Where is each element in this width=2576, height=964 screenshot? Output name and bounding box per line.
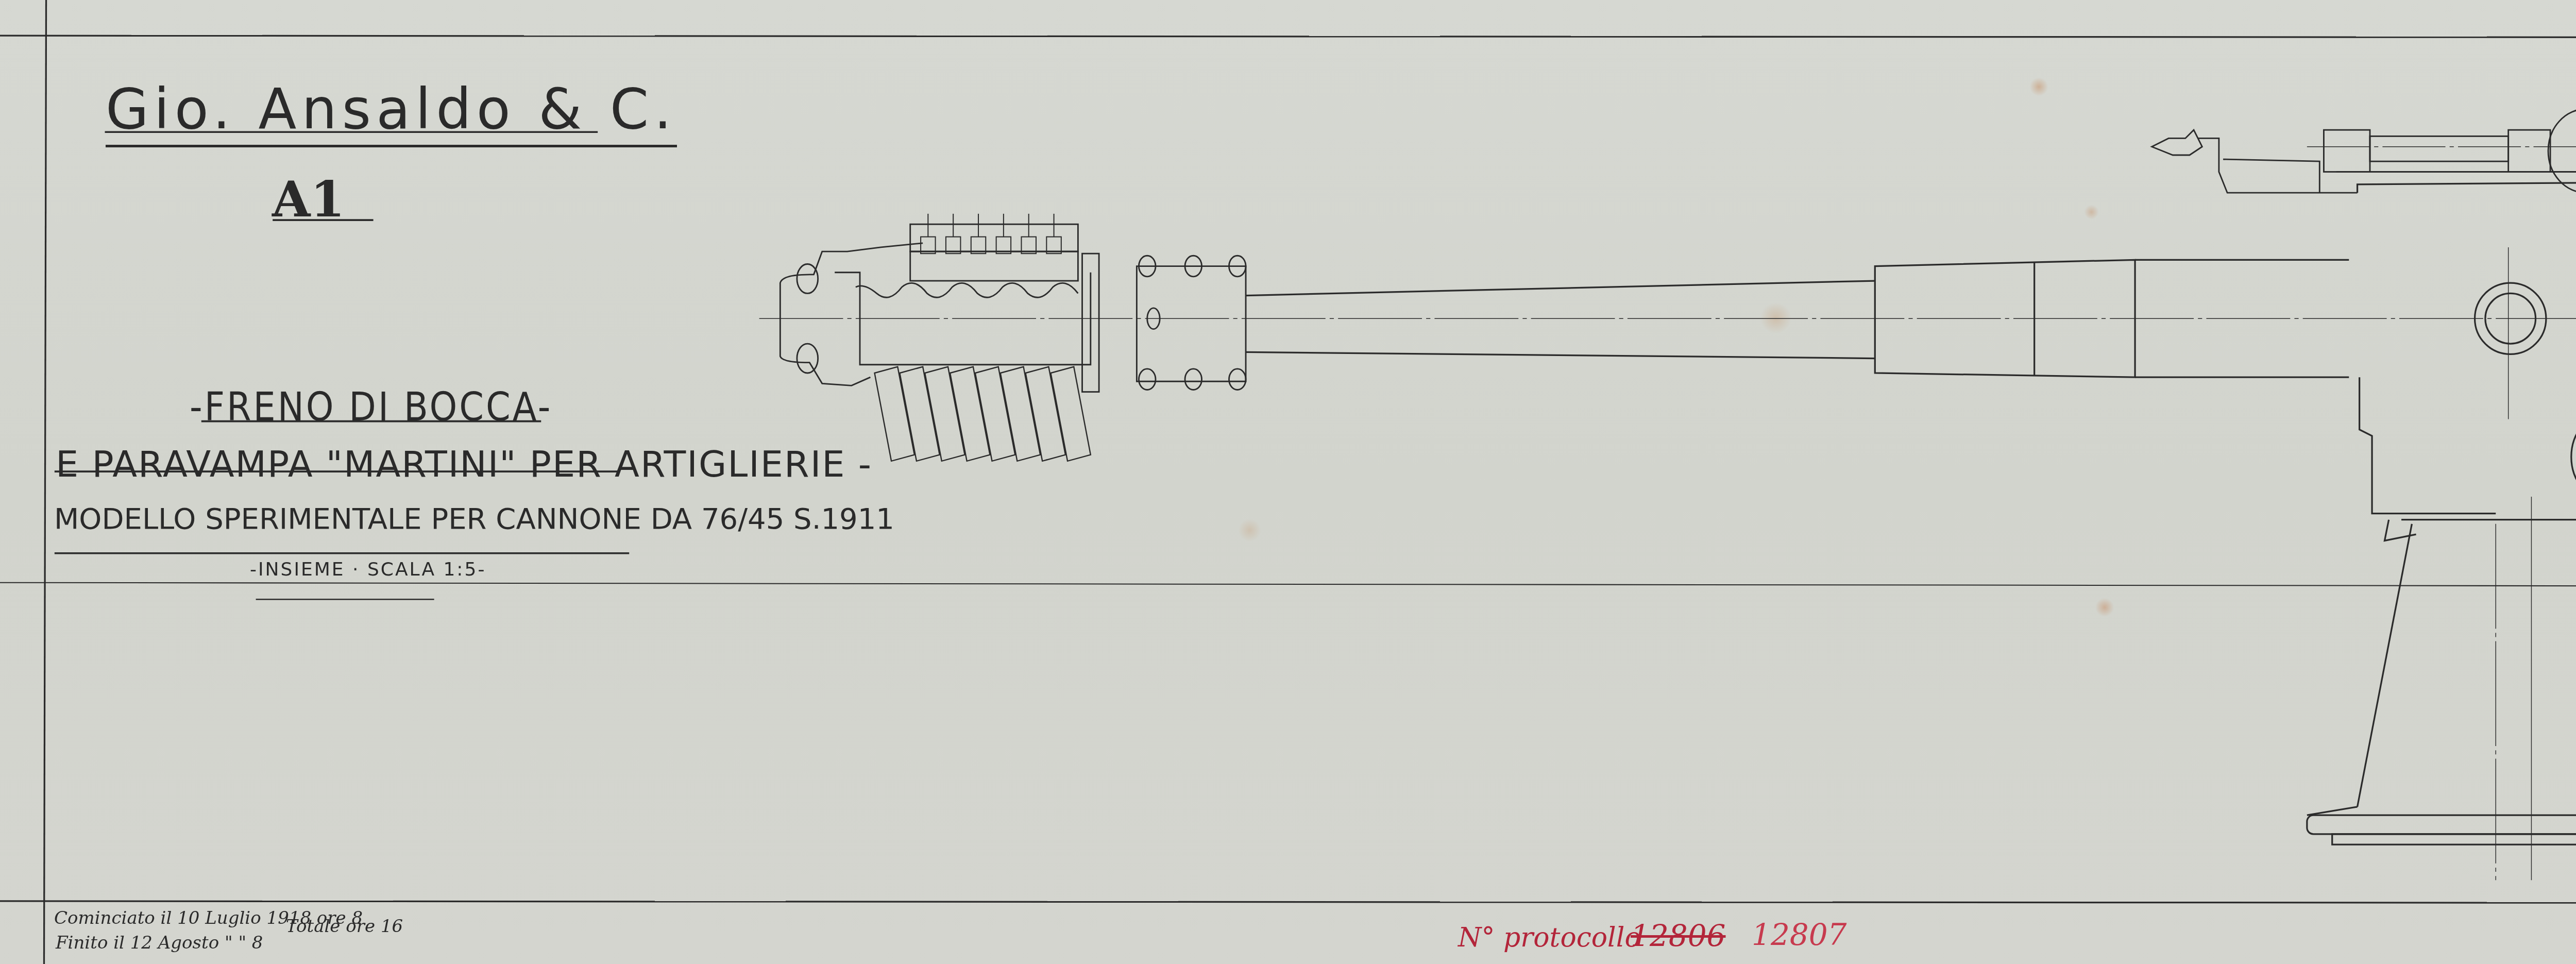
axis-lines [759,147,2576,881]
title-underlines [55,132,2576,859]
total-hours-note: Totale ore 16 [286,916,403,937]
end-date-note: Finito il 12 Agosto " " 8 [56,933,263,953]
protocol-number-new: 12807 [1752,917,1847,952]
drawing-code: A1 [272,170,345,228]
protocol-label: N° protocollo [1458,922,1641,953]
title-line-4: -INSIEME · SCALA 1:5- [250,559,486,580]
title-line-2: E PARAVAMPA "MARTINI" PER ARTIGLIERIE - [56,443,872,485]
muzzle-brake [835,214,1099,392]
title-line-1: -FRENO DI BOCCA- [190,384,553,430]
flash-hider-vanes [875,367,1091,461]
drawing-sheet: Gio. Ansaldo & C. A1 -FRENO DI BOCCA- E … [0,0,2576,964]
clamp-ring [1137,256,1246,390]
title-line-3: MODELLO SPERIMENTALE PER CANNONE DA 76/4… [54,502,894,536]
sight-assembly [2152,109,2576,193]
company-name: Gio. Ansaldo & C. [106,77,677,147]
cradle-breech [2358,178,2576,520]
pedestal-mount [2307,520,2576,844]
protocol-number-old: 12806 [1631,918,1726,953]
